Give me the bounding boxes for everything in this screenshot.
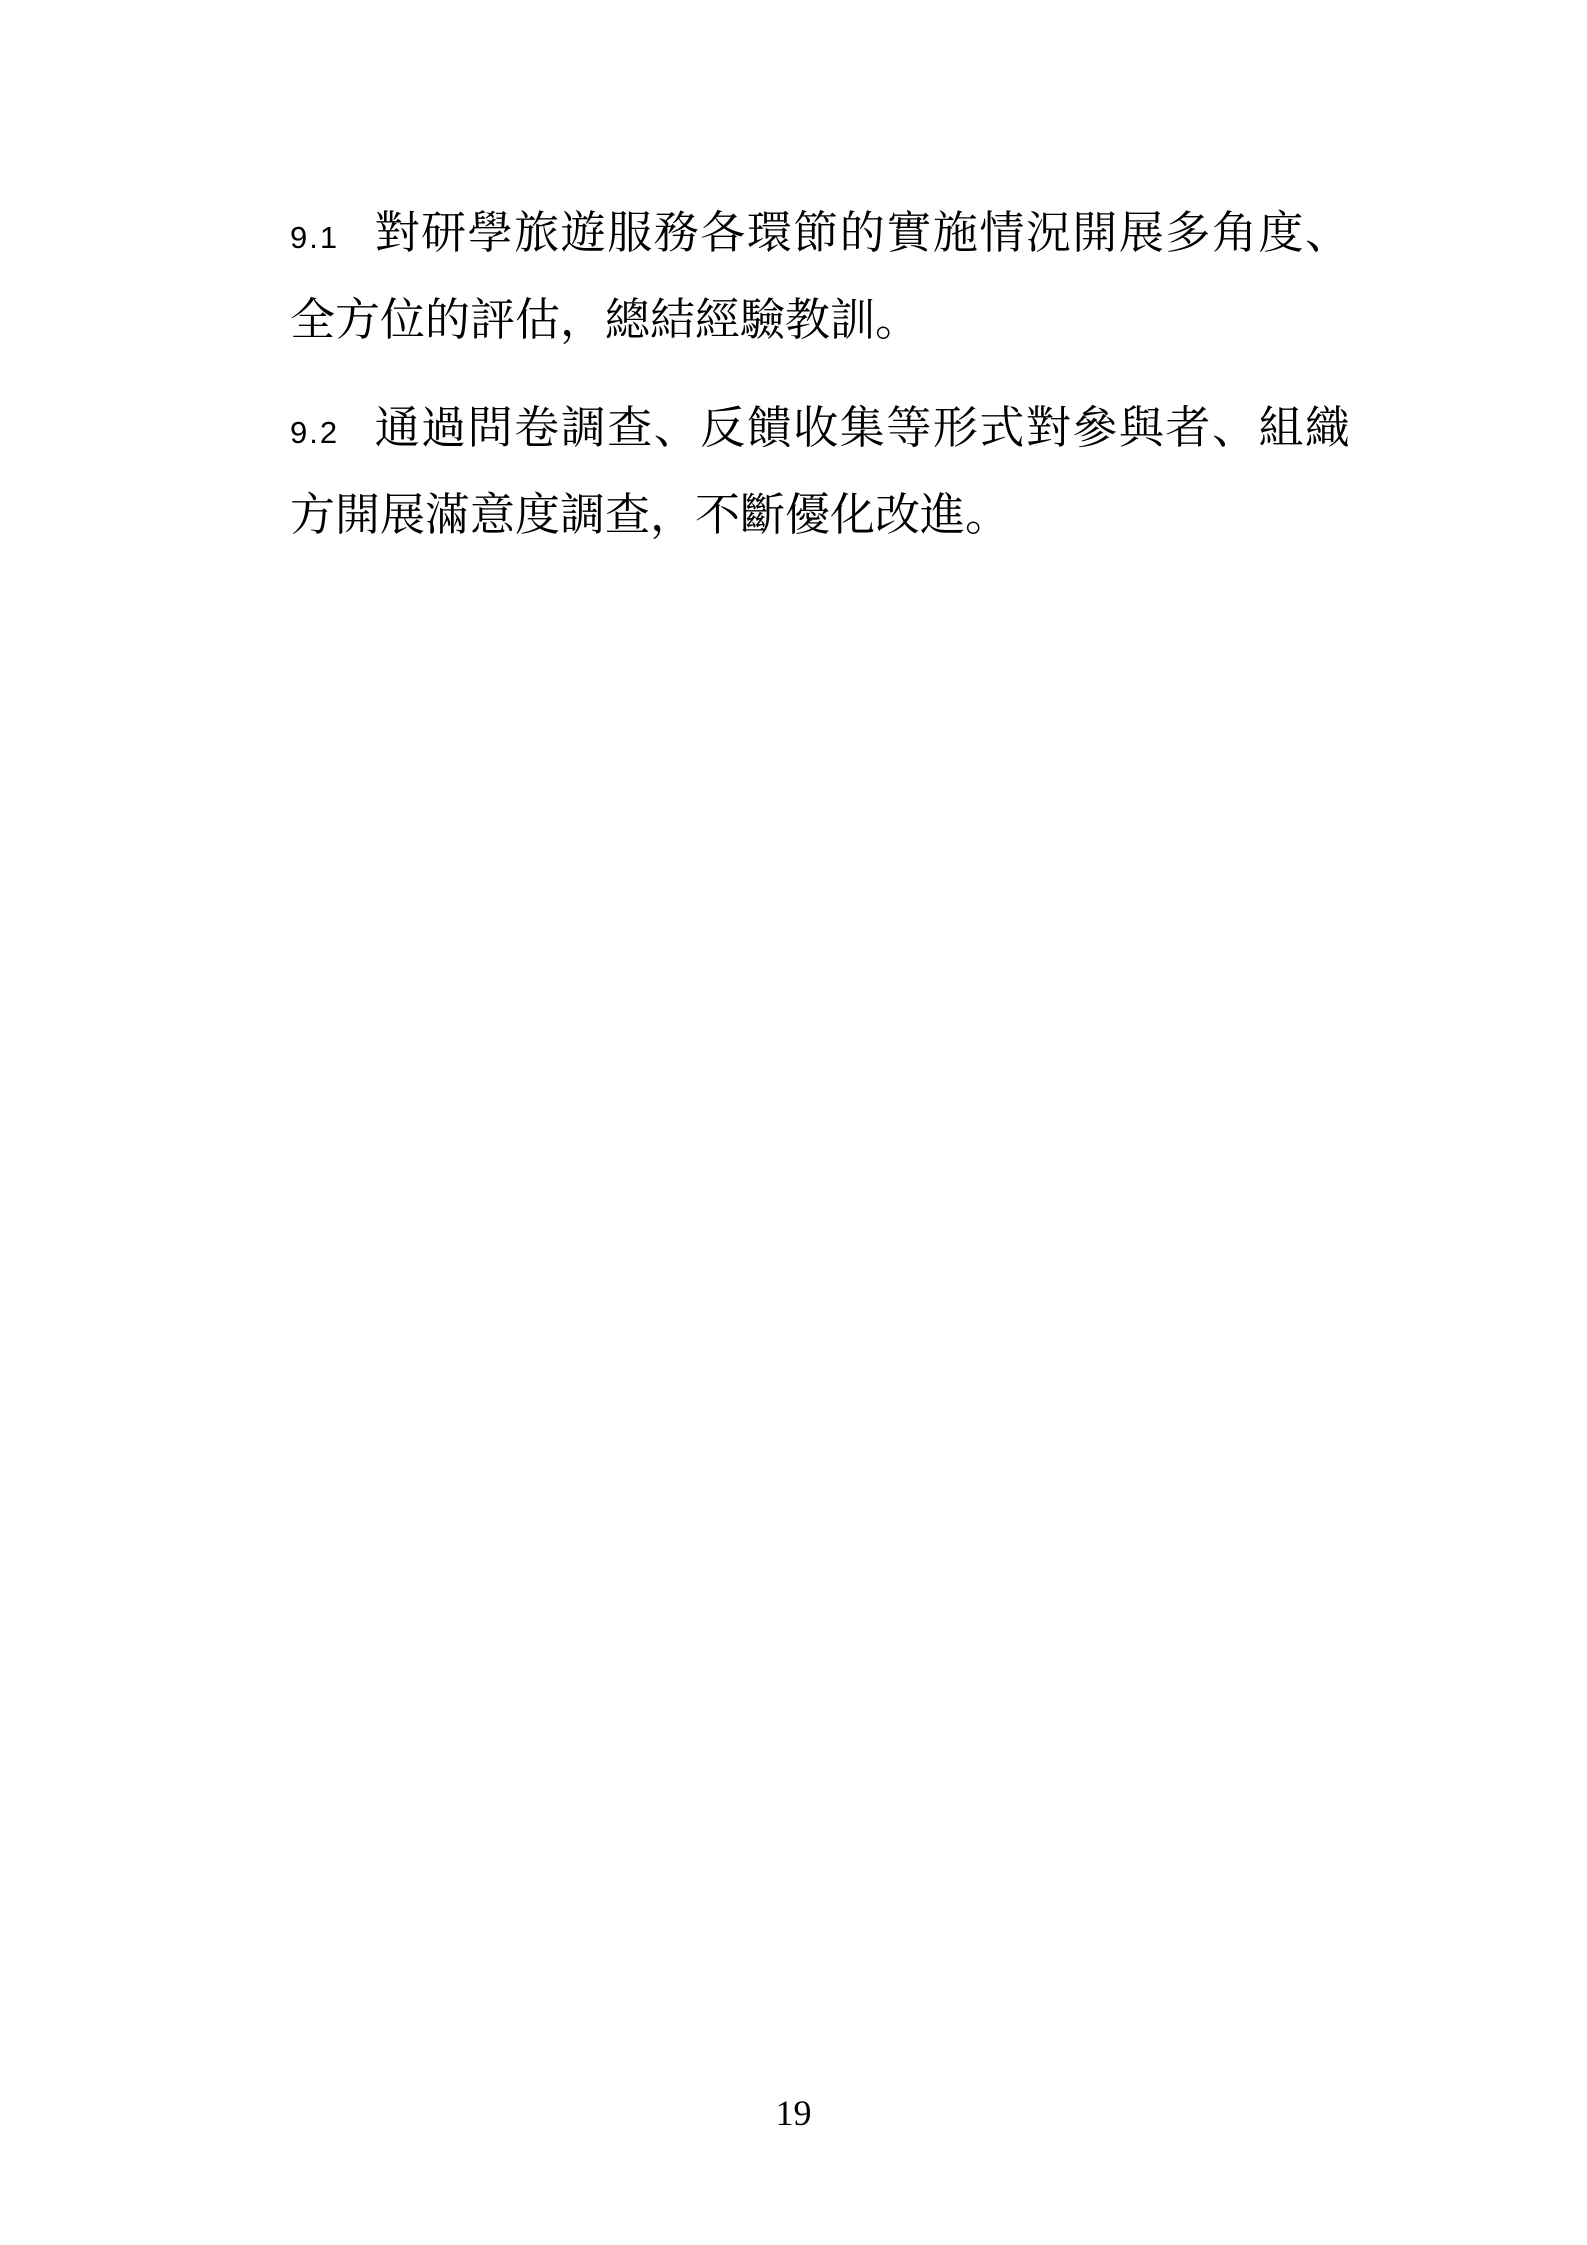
clause-number: 9.1 [290,220,339,255]
page-number: 19 [0,2095,1587,2131]
clause-text: 對研學旅遊服務各環節的實施情況開展多角度、全方位的評估，總結經驗教訓。 [290,208,1350,345]
clause-9-1: 9.1對研學旅遊服務各環節的實施情況開展多角度、全方位的評估，總結經驗教訓。 [290,192,1350,361]
clause-number: 9.2 [290,415,339,450]
clause-9-2: 9.2通過問卷調查、反饋收集等形式對參與者、組織方開展滿意度調查，不斷優化改進。 [290,387,1350,556]
clause-text: 通過問卷調查、反饋收集等形式對參與者、組織方開展滿意度調查，不斷優化改進。 [290,403,1350,540]
document-page: 9.1對研學旅遊服務各環節的實施情況開展多角度、全方位的評估，總結經驗教訓。 9… [0,0,1587,2245]
document-body: 9.1對研學旅遊服務各環節的實施情況開展多角度、全方位的評估，總結經驗教訓。 9… [290,192,1350,556]
